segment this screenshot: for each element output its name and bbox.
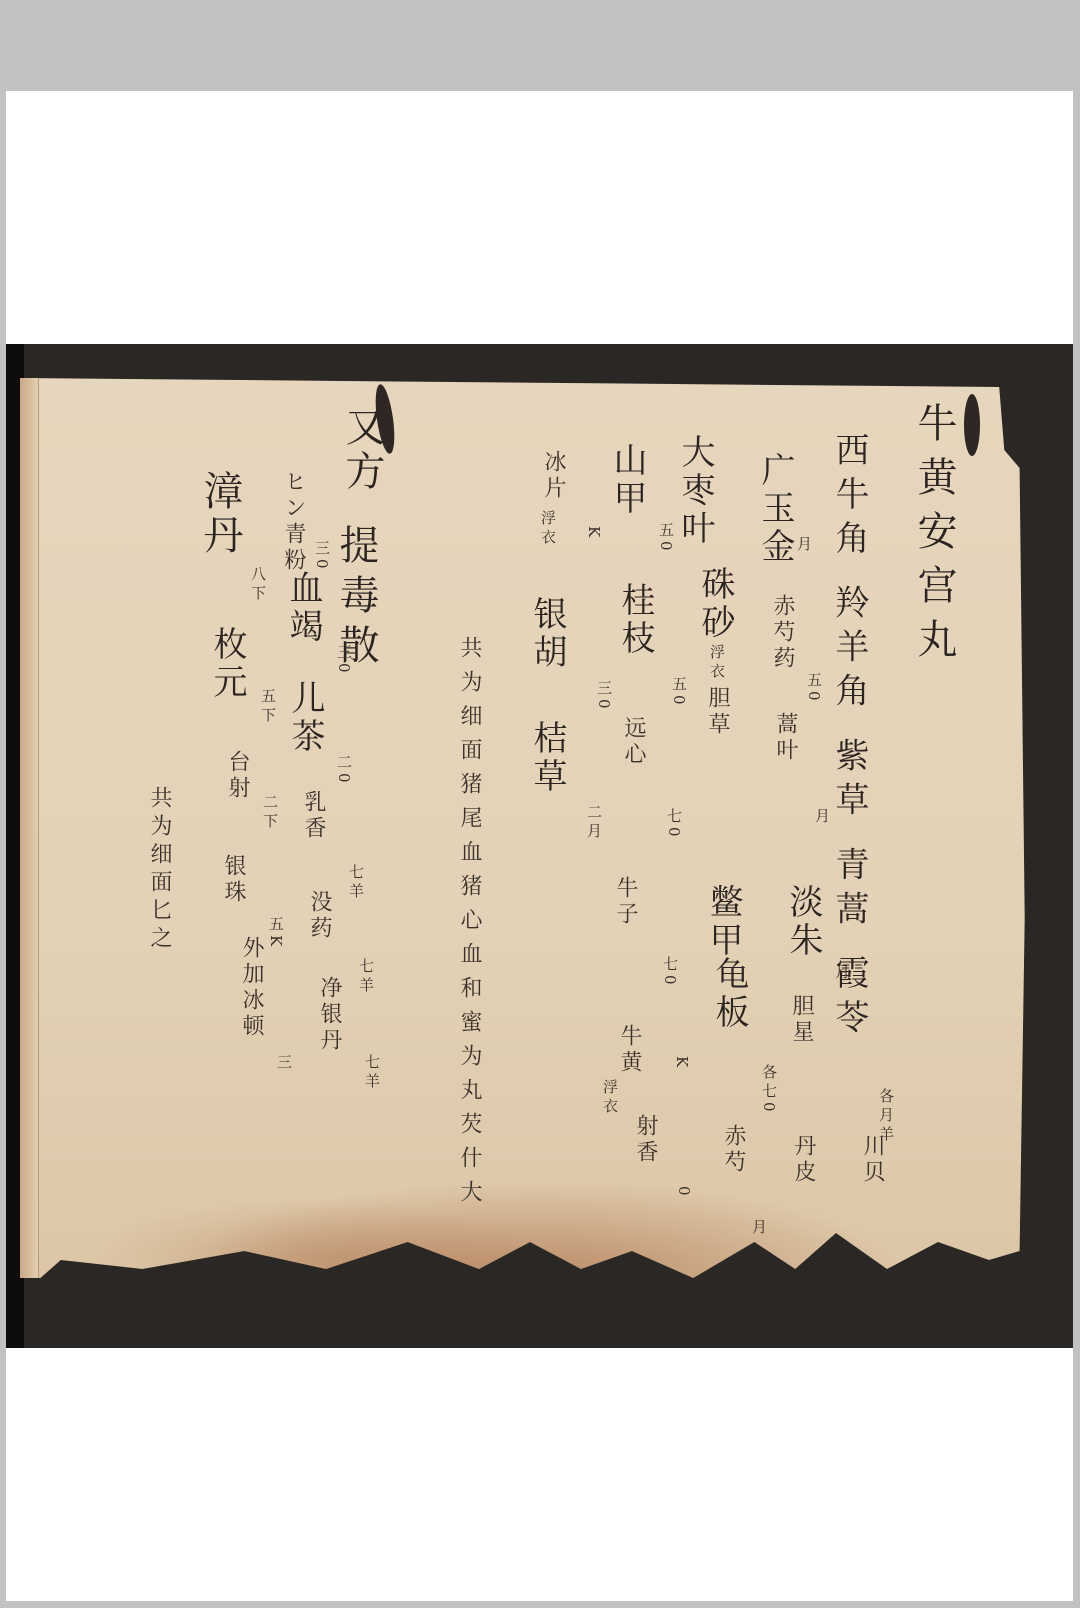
dosage-note: 五K xyxy=(268,916,283,950)
dosage-note: 七0 xyxy=(662,956,677,989)
dosage-note: 七0 xyxy=(666,808,681,841)
dosage-note: 二下 xyxy=(262,794,277,832)
ingredient: 银胡 xyxy=(530,596,564,672)
dosage-note: 五0 xyxy=(671,676,686,709)
ingredient: 银珠 xyxy=(222,854,244,906)
ingredient: ヒン青粉 xyxy=(282,470,304,574)
dosage-note: 七羊 xyxy=(348,864,363,902)
ingredient: 漳丹 xyxy=(200,470,240,558)
dosage-note: 月 xyxy=(796,536,811,555)
second-recipe-heading: 又方 xyxy=(342,406,382,494)
ingredient-column: 西牛角 羚羊角 紫草 青蒿 霞苓 xyxy=(832,432,866,1043)
ingredient: 山甲 xyxy=(610,442,644,518)
dosage-note: 五0 xyxy=(658,522,673,555)
recipe-title: 牛黄安宫丸 xyxy=(914,402,954,672)
dosage-note: 浮衣 xyxy=(709,644,724,682)
dosage-note: 五下 xyxy=(260,688,275,726)
dosage-note: 二0 xyxy=(336,754,351,787)
ingredient: 桂枝 xyxy=(618,582,652,658)
manuscript-scan: 牛黄安宫丸 西牛角 羚羊角 紫草 青蒿 霞苓 各月羊 川贝 广玉金 月 赤芍药 … xyxy=(6,344,1073,1348)
dosage-note: 八下 xyxy=(250,566,265,604)
ingredient: 鳖甲 xyxy=(706,884,740,960)
ingredient: 冰片 xyxy=(542,450,564,502)
ingredient: 大枣叶 xyxy=(678,434,712,548)
dosage-note: 七羊 xyxy=(364,1054,379,1092)
ingredient: 净银丹 xyxy=(318,976,340,1054)
ink-blot xyxy=(964,394,980,456)
ingredient: 牛黄 xyxy=(618,1024,640,1076)
ingredient: 射香 xyxy=(634,1114,656,1166)
dosage-note: 二月 xyxy=(586,804,601,842)
dosage-note: 三0 xyxy=(336,644,351,677)
ingredient: 台射 xyxy=(226,750,248,802)
ingredient: 龟板 xyxy=(712,956,746,1032)
dosage-note: 月 xyxy=(814,808,829,827)
dosage-note: 浮衣 xyxy=(540,510,555,548)
dosage-note: 月 xyxy=(834,964,849,983)
ingredient: 淡朱 xyxy=(786,884,820,960)
dosage-note: 浮衣 xyxy=(602,1079,617,1117)
ingredient: 胆草 xyxy=(706,686,728,738)
dosage-note: 月 xyxy=(751,1219,766,1238)
ingredient: 胆星 xyxy=(790,994,812,1046)
ingredient: 没药 xyxy=(308,890,330,942)
preparation-instructions: 共为细面猪尾血猪心血和蜜为丸芡什大 xyxy=(458,636,480,1214)
ingredient: 牛子 xyxy=(614,876,636,928)
ingredient: 赤芍 xyxy=(722,1124,744,1176)
ingredient: 川贝 xyxy=(861,1134,883,1186)
ingredient: 远心 xyxy=(622,716,644,768)
ingredient: 桔草 xyxy=(530,720,564,796)
ingredient: 乳香 xyxy=(302,790,324,842)
ingredient: 赤芍药 xyxy=(771,594,793,672)
dosage-note: 七羊 xyxy=(358,958,373,996)
viewer-top-bar xyxy=(0,0,1080,91)
ingredient: 外加冰顿 xyxy=(240,936,262,1040)
dosage-note: 五0 xyxy=(806,672,821,705)
ingredient: 枚元 xyxy=(210,626,244,702)
dosage-note: 0 xyxy=(676,1186,691,1200)
ingredient: 广玉金 xyxy=(758,452,792,566)
ingredient: 硃砂 xyxy=(698,566,732,642)
ingredient: 蒿叶 xyxy=(774,712,796,764)
dosage-note: K xyxy=(586,526,601,541)
ingredient: 丹皮 xyxy=(792,1134,814,1186)
dosage-note: 三0 xyxy=(596,680,611,713)
ingredient: 血竭 xyxy=(286,570,320,646)
dosage-note: 三 xyxy=(276,1054,291,1073)
dosage-note: K xyxy=(674,1056,689,1071)
binding-edge xyxy=(20,378,39,1278)
preparation-instructions: 共为细面匕之 xyxy=(148,786,170,954)
dosage-note: 各七0 xyxy=(761,1064,776,1116)
dosage-note: 三0 xyxy=(314,540,329,573)
ingredient: 儿茶 xyxy=(288,680,322,756)
